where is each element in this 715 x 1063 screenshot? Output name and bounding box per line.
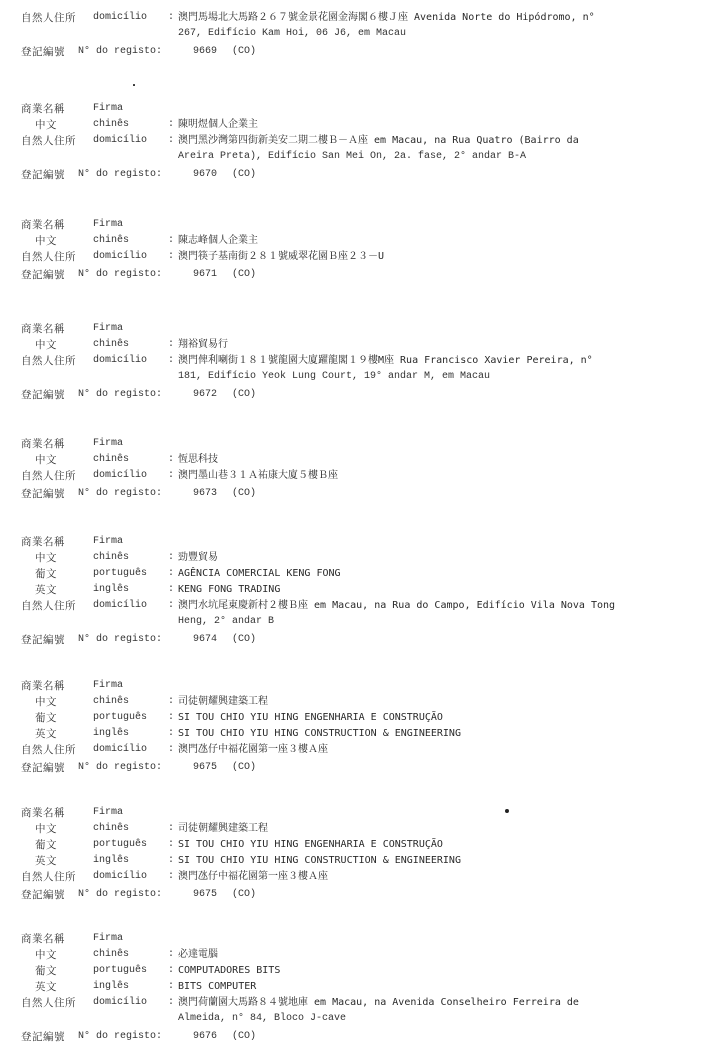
- name-chines-label-zh: 中文: [35, 118, 57, 132]
- name-chines-label-pt: chinês: [93, 948, 129, 962]
- name-chines: 中文chinês:翔裕貿易行: [21, 338, 711, 352]
- domicilio: 自然人住所domicílio:澳門黑沙灣第四街新美安二期二樓Ｂ－Ａ座 em Ma…: [21, 134, 711, 148]
- name-chines-value: 陳志峰個人企業主: [178, 234, 258, 248]
- domicilio-label-zh: 自然人住所: [21, 11, 76, 25]
- firma-heading: 商業名稱Firma: [21, 218, 711, 232]
- name-ingles-colon: :: [168, 727, 174, 741]
- domicilio-label-pt: domicílio: [93, 469, 147, 483]
- name-chines: 中文chinês:司徒朝耀興建築工程: [21, 695, 711, 709]
- name-ingles-label-pt: inglês: [93, 727, 129, 741]
- name-ingles: 英文inglês:SI TOU CHIO YIU HING CONSTRUCTI…: [21, 854, 711, 868]
- domicilio-colon: :: [168, 250, 174, 264]
- name-chines: 中文chinês:必達電腦: [21, 948, 711, 962]
- name-ingles: 英文inglês:SI TOU CHIO YIU HING CONSTRUCTI…: [21, 727, 711, 741]
- name-chines-label-pt: chinês: [93, 234, 129, 248]
- name-portugues-label-zh: 葡文: [35, 964, 57, 978]
- domicilio-label-pt: domicílio: [93, 250, 147, 264]
- name-chines: 中文chinês:勁豐貿易: [21, 551, 711, 565]
- registo-label-pt: N° do registo:: [78, 761, 162, 775]
- registo-code: (CO): [232, 761, 256, 775]
- domicilio-label-zh: 自然人住所: [21, 870, 76, 884]
- domicilio-continued-text: Almeida, n° 84, Bloco J-cave: [178, 1012, 346, 1026]
- firma-heading-label-pt: Firma: [93, 932, 123, 946]
- firma-heading-label-zh: 商業名稱: [21, 932, 65, 946]
- name-ingles-value: BITS COMPUTER: [178, 980, 256, 994]
- registo-code: (CO): [232, 888, 256, 902]
- domicilio-colon: :: [168, 11, 174, 25]
- firma-heading-label-pt: Firma: [93, 218, 123, 232]
- domicilio-label-zh: 自然人住所: [21, 996, 76, 1010]
- registo-label-pt: N° do registo:: [78, 388, 162, 402]
- firma-heading: 商業名稱Firma: [21, 102, 711, 116]
- name-ingles-colon: :: [168, 583, 174, 597]
- name-portugues: 葡文português:AGÊNCIA COMERCIAL KENG FONG: [21, 567, 711, 581]
- domicilio: 自然人住所domicílio:澳門筷子基南街２８１號威翠花園Ｂ座２３－U: [21, 250, 711, 264]
- registo-label-zh: 登記編號: [21, 268, 65, 282]
- domicilio: 自然人住所domicílio:澳門氹仔中福花園第一座３樓Ａ座: [21, 870, 711, 884]
- firma-heading: 商業名稱Firma: [21, 322, 711, 336]
- domicilio-label-zh: 自然人住所: [21, 354, 76, 368]
- name-portugues-value: COMPUTADORES BITS: [178, 964, 280, 978]
- registo-label-zh: 登記編號: [21, 1030, 65, 1044]
- registo-label-pt: N° do registo:: [78, 168, 162, 182]
- domicilio-label-zh: 自然人住所: [21, 469, 76, 483]
- name-ingles: 英文inglês:BITS COMPUTER: [21, 980, 711, 994]
- firma-heading-label-pt: Firma: [93, 437, 123, 451]
- registo-code: (CO): [232, 45, 256, 59]
- registo-label-pt: N° do registo:: [78, 487, 162, 501]
- domicilio-continued: 267, Edifício Kam Hoi, 06 J6, em Macau: [21, 27, 711, 41]
- domicilio-label-pt: domicílio: [93, 11, 147, 25]
- registo-label-pt: N° do registo:: [78, 45, 162, 59]
- name-portugues: 葡文português:SI TOU CHIO YIU HING ENGENHA…: [21, 838, 711, 852]
- name-ingles-colon: :: [168, 854, 174, 868]
- name-chines-value: 司徒朝耀興建築工程: [178, 822, 268, 836]
- registo-line: 登記編號N° do registo:9675(CO): [21, 888, 711, 902]
- registo-label-pt: N° do registo:: [78, 1030, 162, 1044]
- name-chines-value: 翔裕貿易行: [178, 338, 228, 352]
- registo-number: 9671: [193, 268, 217, 282]
- domicilio-colon: :: [168, 996, 174, 1010]
- firma-heading-label-zh: 商業名稱: [21, 535, 65, 549]
- registo-label-zh: 登記編號: [21, 45, 65, 59]
- firma-heading: 商業名稱Firma: [21, 932, 711, 946]
- name-portugues-colon: :: [168, 711, 174, 725]
- name-ingles-label-zh: 英文: [35, 980, 57, 994]
- name-portugues: 葡文português:SI TOU CHIO YIU HING ENGENHA…: [21, 711, 711, 725]
- name-ingles-colon: :: [168, 980, 174, 994]
- domicilio-colon: :: [168, 870, 174, 884]
- name-ingles-label-zh: 英文: [35, 727, 57, 741]
- domicilio-continued-text: Heng, 2° andar B: [178, 615, 274, 629]
- firma-heading-label-pt: Firma: [93, 679, 123, 693]
- domicilio-colon: :: [168, 599, 174, 613]
- name-chines: 中文chinês:恆思科技: [21, 453, 711, 467]
- registo-number: 9673: [193, 487, 217, 501]
- domicilio-continued-text: 181, Edifício Yeok Lung Court, 19° andar…: [178, 370, 490, 384]
- name-chines-label-zh: 中文: [35, 551, 57, 565]
- registo-line: 登記編號N° do registo:9670(CO): [21, 168, 711, 182]
- name-ingles: 英文inglês:KENG FONG TRADING: [21, 583, 711, 597]
- registo-code: (CO): [232, 268, 256, 282]
- name-ingles-label-pt: inglês: [93, 583, 129, 597]
- firma-heading-label-pt: Firma: [93, 535, 123, 549]
- domicilio-label-zh: 自然人住所: [21, 134, 76, 148]
- name-chines-colon: :: [168, 453, 174, 467]
- domicilio-value: 澳門水坑尾東慶新村２樓Ｂ座 em Macau, na Rua do Campo,…: [178, 599, 615, 613]
- registo-code: (CO): [232, 633, 256, 647]
- domicilio: 自然人住所domicílio:澳門馬場北大馬路２６７號金景花園金海閣６樓Ｊ座 A…: [21, 11, 711, 25]
- domicilio: 自然人住所domicílio:澳門俾利喇街１８１號龍園大廈躍龍閣１９樓M座 Ru…: [21, 354, 711, 368]
- registo-number: 9672: [193, 388, 217, 402]
- firma-heading: 商業名稱Firma: [21, 535, 711, 549]
- registo-code: (CO): [232, 168, 256, 182]
- name-chines-label-pt: chinês: [93, 453, 129, 467]
- registo-label-zh: 登記編號: [21, 633, 65, 647]
- registo-line: 登記編號N° do registo:9673(CO): [21, 487, 711, 501]
- domicilio-value: 澳門氹仔中福花園第一座３樓Ａ座: [178, 743, 328, 757]
- firma-heading: 商業名稱Firma: [21, 437, 711, 451]
- registo-number: 9675: [193, 761, 217, 775]
- firma-heading-label-zh: 商業名稱: [21, 218, 65, 232]
- name-chines-colon: :: [168, 551, 174, 565]
- firma-heading-label-zh: 商業名稱: [21, 102, 65, 116]
- registo-line: 登記編號N° do registo:9671(CO): [21, 268, 711, 282]
- domicilio: 自然人住所domicílio:澳門荷蘭園大馬路８４號地庫 em Macau, n…: [21, 996, 711, 1010]
- name-portugues-label-zh: 葡文: [35, 838, 57, 852]
- registo-code: (CO): [232, 487, 256, 501]
- name-chines-label-zh: 中文: [35, 695, 57, 709]
- name-ingles-label-zh: 英文: [35, 583, 57, 597]
- domicilio-label-zh: 自然人住所: [21, 743, 76, 757]
- firma-heading-label-pt: Firma: [93, 102, 123, 116]
- firma-heading-label-pt: Firma: [93, 806, 123, 820]
- registo-label-zh: 登記編號: [21, 487, 65, 501]
- domicilio-continued-text: Areira Preta), Edifício San Mei On, 2a. …: [178, 150, 526, 164]
- registo-label-zh: 登記編號: [21, 168, 65, 182]
- registo-number: 9674: [193, 633, 217, 647]
- name-ingles-label-zh: 英文: [35, 854, 57, 868]
- domicilio-value: 澳門荷蘭園大馬路８４號地庫 em Macau, na Avenida Conse…: [178, 996, 579, 1010]
- domicilio-label-pt: domicílio: [93, 996, 147, 1010]
- registo-line: 登記編號N° do registo:9674(CO): [21, 633, 711, 647]
- firma-heading: 商業名稱Firma: [21, 806, 711, 820]
- name-chines: 中文chinês:司徒朝耀興建築工程: [21, 822, 711, 836]
- domicilio-continued: Areira Preta), Edifício San Mei On, 2a. …: [21, 150, 711, 164]
- name-chines-colon: :: [168, 948, 174, 962]
- name-chines-colon: :: [168, 822, 174, 836]
- domicilio-value: 澳門黑沙灣第四街新美安二期二樓Ｂ－Ａ座 em Macau, na Rua Qua…: [178, 134, 579, 148]
- registo-code: (CO): [232, 388, 256, 402]
- domicilio-label-pt: domicílio: [93, 743, 147, 757]
- registo-label-pt: N° do registo:: [78, 888, 162, 902]
- name-chines-label-pt: chinês: [93, 118, 129, 132]
- firma-heading: 商業名稱Firma: [21, 679, 711, 693]
- domicilio-value: 澳門馬場北大馬路２６７號金景花園金海閣６樓Ｊ座 Avenida Norte do…: [178, 11, 595, 25]
- domicilio-label-pt: domicílio: [93, 134, 147, 148]
- name-chines-colon: :: [168, 118, 174, 132]
- registo-label-zh: 登記編號: [21, 388, 65, 402]
- domicilio-value: 澳門筷子基南街２８１號威翠花園Ｂ座２３－U: [178, 250, 384, 264]
- name-ingles-label-pt: inglês: [93, 854, 129, 868]
- name-chines-label-zh: 中文: [35, 453, 57, 467]
- name-chines-label-pt: chinês: [93, 551, 129, 565]
- registo-line: 登記編號N° do registo:9669(CO): [21, 45, 711, 59]
- registo-line: 登記編號N° do registo:9675(CO): [21, 761, 711, 775]
- domicilio-value: 澳門氹仔中福花園第一座３樓Ａ座: [178, 870, 328, 884]
- name-portugues-label-pt: português: [93, 838, 147, 852]
- name-chines-label-zh: 中文: [35, 822, 57, 836]
- domicilio-colon: :: [168, 743, 174, 757]
- firma-heading-label-zh: 商業名稱: [21, 806, 65, 820]
- name-chines-value: 必達電腦: [178, 948, 218, 962]
- name-chines-label-zh: 中文: [35, 948, 57, 962]
- name-chines-colon: :: [168, 338, 174, 352]
- name-chines-value: 恆思科技: [178, 453, 218, 467]
- name-ingles-value: SI TOU CHIO YIU HING CONSTRUCTION & ENGI…: [178, 727, 461, 741]
- firma-heading-label-pt: Firma: [93, 322, 123, 336]
- firma-heading-label-zh: 商業名稱: [21, 679, 65, 693]
- domicilio-colon: :: [168, 469, 174, 483]
- name-chines-colon: :: [168, 695, 174, 709]
- name-chines-colon: :: [168, 234, 174, 248]
- domicilio-colon: :: [168, 134, 174, 148]
- name-portugues-value: AGÊNCIA COMERCIAL KENG FONG: [178, 567, 341, 581]
- name-portugues-colon: :: [168, 838, 174, 852]
- registo-number: 9670: [193, 168, 217, 182]
- domicilio-label-pt: domicílio: [93, 354, 147, 368]
- firma-heading-label-zh: 商業名稱: [21, 437, 65, 451]
- domicilio: 自然人住所domicílio:澳門墨山巷３１Ａ祐康大廈５樓Ｂ座: [21, 469, 711, 483]
- name-ingles-value: SI TOU CHIO YIU HING CONSTRUCTION & ENGI…: [178, 854, 461, 868]
- name-chines-label-pt: chinês: [93, 695, 129, 709]
- registo-label-zh: 登記編號: [21, 761, 65, 775]
- registo-label-pt: N° do registo:: [78, 633, 162, 647]
- name-chines: 中文chinês:陳志峰個人企業主: [21, 234, 711, 248]
- domicilio-continued: Almeida, n° 84, Bloco J-cave: [21, 1012, 711, 1026]
- domicilio-value: 澳門俾利喇街１８１號龍園大廈躍龍閣１９樓M座 Rua Francisco Xav…: [178, 354, 593, 368]
- domicilio-colon: :: [168, 354, 174, 368]
- registo-line: 登記編號N° do registo:9676(CO): [21, 1030, 711, 1044]
- name-chines: 中文chinês:陳明煜個人企業主: [21, 118, 711, 132]
- domicilio-value: 澳門墨山巷３１Ａ祐康大廈５樓Ｂ座: [178, 469, 338, 483]
- name-chines-label-zh: 中文: [35, 234, 57, 248]
- name-chines-value: 陳明煜個人企業主: [178, 118, 258, 132]
- name-chines-label-pt: chinês: [93, 822, 129, 836]
- domicilio: 自然人住所domicílio:澳門氹仔中福花園第一座３樓Ａ座: [21, 743, 711, 757]
- domicilio: 自然人住所domicílio:澳門水坑尾東慶新村２樓Ｂ座 em Macau, n…: [21, 599, 711, 613]
- scan-speck: [133, 84, 135, 86]
- name-ingles-label-pt: inglês: [93, 980, 129, 994]
- name-portugues-label-pt: português: [93, 964, 147, 978]
- name-portugues-label-zh: 葡文: [35, 567, 57, 581]
- domicilio-continued-text: 267, Edifício Kam Hoi, 06 J6, em Macau: [178, 27, 406, 41]
- name-ingles-value: KENG FONG TRADING: [178, 583, 280, 597]
- name-portugues-label-pt: português: [93, 711, 147, 725]
- name-portugues-value: SI TOU CHIO YIU HING ENGENHARIA E CONSTR…: [178, 838, 443, 852]
- domicilio-label-pt: domicílio: [93, 870, 147, 884]
- name-portugues-value: SI TOU CHIO YIU HING ENGENHARIA E CONSTR…: [178, 711, 443, 725]
- registo-number: 9676: [193, 1030, 217, 1044]
- registo-code: (CO): [232, 1030, 256, 1044]
- domicilio-label-pt: domicílio: [93, 599, 147, 613]
- scan-speck: [505, 809, 509, 813]
- registo-label-zh: 登記編號: [21, 888, 65, 902]
- registo-line: 登記編號N° do registo:9672(CO): [21, 388, 711, 402]
- name-portugues: 葡文português:COMPUTADORES BITS: [21, 964, 711, 978]
- name-chines-value: 勁豐貿易: [178, 551, 218, 565]
- name-chines-label-zh: 中文: [35, 338, 57, 352]
- domicilio-continued: 181, Edifício Yeok Lung Court, 19° andar…: [21, 370, 711, 384]
- firma-heading-label-zh: 商業名稱: [21, 322, 65, 336]
- name-portugues-label-pt: português: [93, 567, 147, 581]
- domicilio-label-zh: 自然人住所: [21, 250, 76, 264]
- domicilio-label-zh: 自然人住所: [21, 599, 76, 613]
- name-portugues-colon: :: [168, 964, 174, 978]
- registo-number: 9675: [193, 888, 217, 902]
- name-chines-label-pt: chinês: [93, 338, 129, 352]
- name-portugues-colon: :: [168, 567, 174, 581]
- registo-number: 9669: [193, 45, 217, 59]
- name-portugues-label-zh: 葡文: [35, 711, 57, 725]
- registo-label-pt: N° do registo:: [78, 268, 162, 282]
- name-chines-value: 司徒朝耀興建築工程: [178, 695, 268, 709]
- domicilio-continued: Heng, 2° andar B: [21, 615, 711, 629]
